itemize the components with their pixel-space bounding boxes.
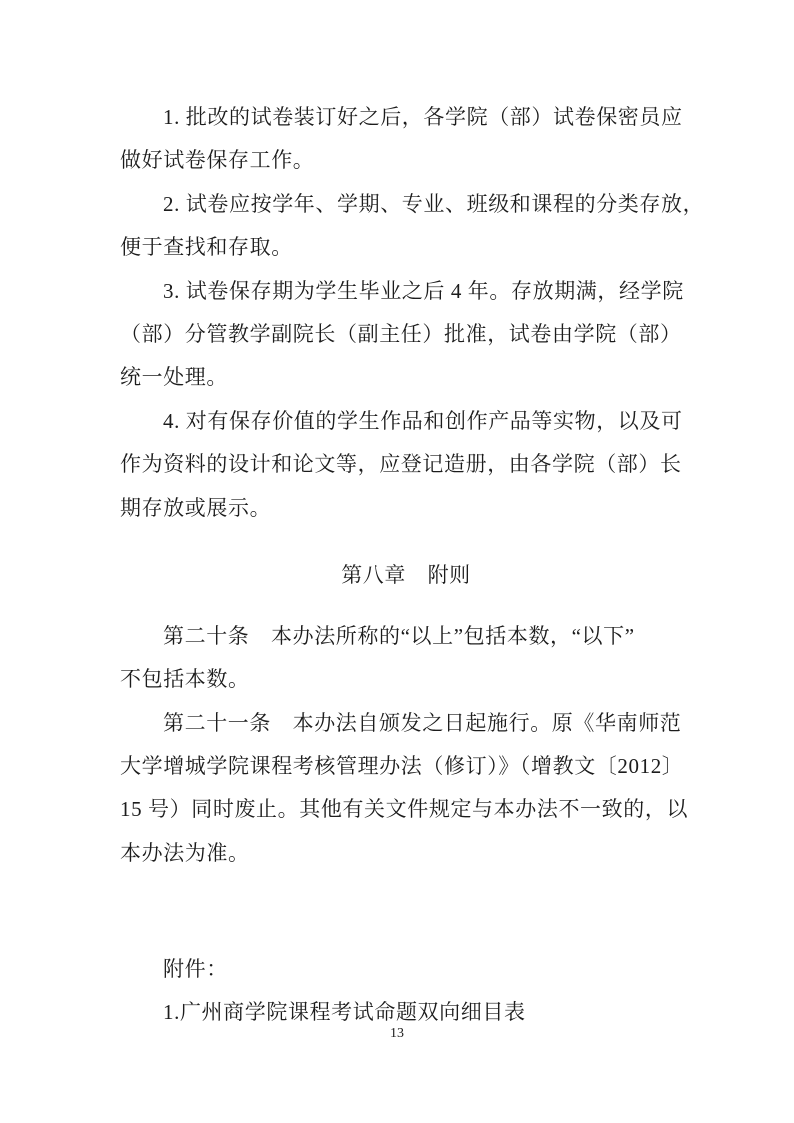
attachments-label: 附件：	[120, 948, 692, 991]
article-line: 不包括本数。	[120, 658, 692, 701]
body-line: 4. 对有保存价值的学生作品和创作产品等实物，以及可	[120, 400, 692, 443]
body-line: 3. 试卷保存期为学生毕业之后 4 年。存放期满，经学院	[120, 270, 692, 313]
body-line: 统一处理。	[120, 356, 692, 399]
article-line: 大学增城学院课程考核管理办法（修订）》（增教文〔2012〕	[120, 745, 692, 788]
body-line: 做好试卷保存工作。	[120, 139, 692, 182]
page-number: 13	[0, 1024, 794, 1044]
article-line: 本办法为准。	[120, 832, 692, 875]
document-body: 1. 批改的试卷装订好之后，各学院（部）试卷保密员应 做好试卷保存工作。 2. …	[120, 96, 692, 1035]
body-line: 作为资料的设计和论文等，应登记造册，由各学院（部）长	[120, 443, 692, 486]
article-line: 第二十条 本办法所称的“以上”包括本数，“以下”	[120, 615, 692, 658]
article-line: 15 号）同时废止。其他有关文件规定与本办法不一致的，以	[120, 788, 692, 831]
body-line: 便于查找和存取。	[120, 226, 692, 269]
chapter-heading: 第八章 附则	[120, 554, 692, 597]
body-line: （部）分管教学副院长（副主任）批准，试卷由学院（部）	[120, 313, 692, 356]
body-line: 期存放或展示。	[120, 487, 692, 530]
document-page: 1. 批改的试卷装订好之后，各学院（部）试卷保密员应 做好试卷保存工作。 2. …	[0, 0, 794, 1123]
article-line: 第二十一条 本办法自颁发之日起施行。原《华南师范	[120, 702, 692, 745]
body-line: 2. 试卷应按学年、学期、专业、班级和课程的分类存放，	[120, 183, 692, 226]
body-line: 1. 批改的试卷装订好之后，各学院（部）试卷保密员应	[120, 96, 692, 139]
